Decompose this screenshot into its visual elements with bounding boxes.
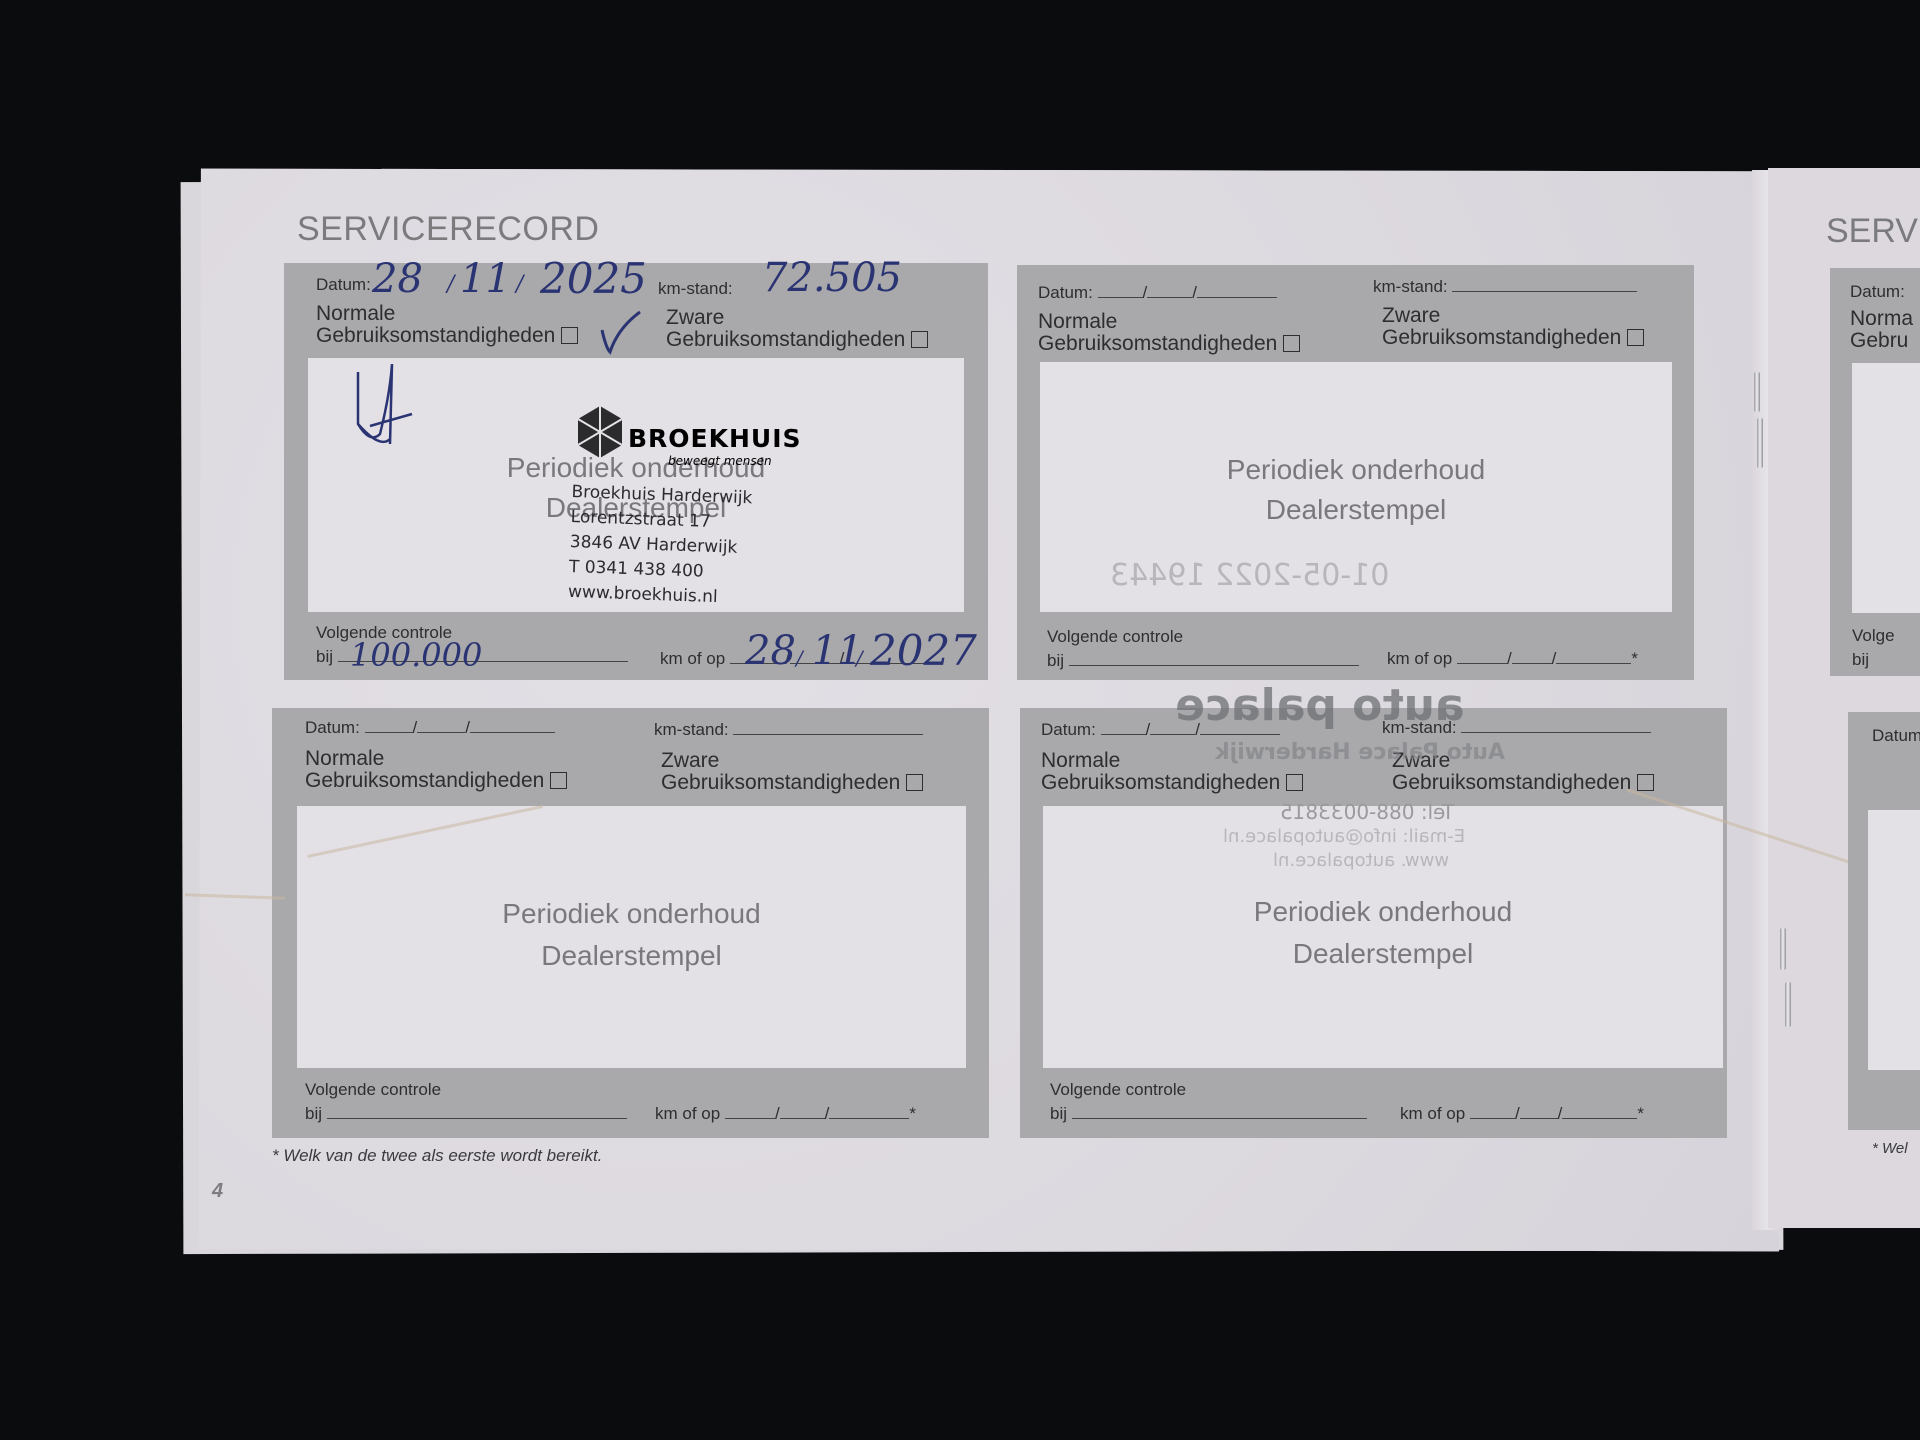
- bij-label: bij: [1047, 651, 1359, 671]
- broekhuis-brand: BROEKHUIS: [628, 424, 802, 453]
- normale-label: NormaGebru: [1850, 308, 1913, 352]
- volgende-label: Volgende controle: [1050, 1080, 1186, 1100]
- dealer-address: Broekhuis Harderwijk Lorentzstraat 17 38…: [568, 480, 753, 611]
- datum-label: Datum: //: [1038, 283, 1277, 303]
- bleed-through-stamp-line: Tel: 088-0033815: [1280, 800, 1454, 824]
- stamp-placeholder-2: Dealerstempel: [1040, 490, 1672, 530]
- handwritten-datum-day: 28: [372, 256, 423, 302]
- footnote-right-partial: * Wel: [1872, 1140, 1908, 1157]
- datum-label: Datum:: [316, 275, 371, 295]
- zware-label: ZwareGebruiksomstandigheden: [661, 750, 923, 794]
- normale-checkbox[interactable]: [561, 327, 578, 344]
- bij-label: bij: [305, 1104, 627, 1124]
- handwritten-check-icon: [596, 308, 646, 358]
- zware-checkbox[interactable]: [911, 331, 928, 348]
- normale-checkbox[interactable]: [1286, 774, 1303, 791]
- zware-checkbox[interactable]: [1627, 329, 1644, 346]
- normale-checkbox[interactable]: [550, 772, 567, 789]
- service-record-top-right: Datum: // km-stand: NormaleGebruiksomsta…: [1017, 265, 1694, 680]
- bleed-through-stamp-line: E-mail: info@autopalace.nl: [1223, 826, 1465, 847]
- slash: /: [856, 646, 863, 670]
- page-title: SERVICERECORD: [297, 210, 600, 249]
- normale-checkbox[interactable]: [1283, 335, 1300, 352]
- bleed-through-stamp-logo: auto palace: [1175, 680, 1464, 731]
- staple-top-2: [1757, 418, 1763, 468]
- service-record-bottom-left: Datum: // km-stand: NormaleGebruiksomsta…: [272, 708, 989, 1138]
- page-number: 4: [212, 1180, 223, 1203]
- normale-label: NormaleGebruiksomstandigheden: [316, 303, 578, 347]
- km-stand-label: km-stand:: [658, 279, 733, 299]
- signature-icon: [350, 364, 430, 454]
- bij-label: bij: [1050, 1104, 1367, 1124]
- volgende-label: Volge: [1852, 626, 1895, 646]
- slash: /: [516, 272, 523, 297]
- zware-checkbox[interactable]: [1637, 774, 1654, 791]
- handwritten-next-km: 100.000: [350, 636, 482, 674]
- bij-label: bij: [1852, 650, 1869, 670]
- bleed-through-stamp-line: Auto Palace Harderwijk: [1215, 740, 1505, 765]
- stamp-placeholder-2: Dealerstempel: [297, 936, 966, 976]
- stamp-placeholder-2: Dealerstempel: [1043, 934, 1723, 974]
- km-stand-label: km-stand:: [1373, 277, 1637, 297]
- datum-label: Datum:: [1850, 282, 1905, 302]
- service-record-right-page-top: Datum: NormaGebru Volge bij: [1830, 268, 1920, 676]
- footnote: * Welk van de twee als eerste wordt bere…: [272, 1146, 602, 1166]
- bleed-through-handwriting: 01-05-2022 19443: [1110, 558, 1389, 593]
- zware-label: ZwareGebruiksomstandigheden: [666, 307, 928, 351]
- km-of-op-label: km of op //*: [655, 1104, 916, 1124]
- normale-label: NormaleGebruiksomstandigheden: [1038, 311, 1300, 355]
- service-record-bottom-right: Datum: // km-stand: NormaleGebruiksomsta…: [1020, 708, 1727, 1138]
- stamp-placeholder-1: Periodiek onderhoud: [1043, 892, 1723, 932]
- handwritten-next-day: 28: [745, 628, 796, 674]
- bleed-through-stamp-line: www. autopalace.nl: [1273, 850, 1449, 871]
- staple-top: [1754, 372, 1760, 412]
- dealer-stamp-area: Periodiek onderhoud Dealerstempel 01-05-…: [1040, 362, 1672, 612]
- km-of-op-label: km of op //*: [1387, 649, 1638, 669]
- dealer-stamp-area: [1868, 810, 1920, 1070]
- normale-label: NormaleGebruiksomstandigheden: [305, 748, 567, 792]
- slash: /: [796, 646, 803, 670]
- km-stand-label: km-stand:: [654, 720, 923, 740]
- km-of-op-label: km of op //*: [1400, 1104, 1644, 1124]
- slash: /: [447, 272, 454, 297]
- stamp-placeholder-1: Periodiek onderhoud: [297, 894, 966, 934]
- broekhuis-logo-icon: [576, 406, 624, 458]
- volgende-label: Volgende controle: [1047, 627, 1183, 647]
- zware-checkbox[interactable]: [906, 774, 923, 791]
- handwritten-next-year: 2027: [870, 626, 977, 675]
- handwritten-datum-year: 2025: [540, 254, 647, 303]
- handwritten-km-stand: 72.505: [762, 255, 902, 301]
- broekhuis-tagline: beweegt mensen: [668, 454, 772, 468]
- zware-label: ZwareGebruiksomstandigheden: [1382, 305, 1644, 349]
- service-record-right-page-bottom: Datum:: [1848, 712, 1920, 1130]
- stamp-placeholder-1: Periodiek onderhoud: [1040, 450, 1672, 490]
- staple-bottom-2: [1785, 982, 1791, 1027]
- page-title-right-partial: SERV: [1826, 212, 1918, 251]
- datum-label: Datum: //: [305, 718, 555, 738]
- dealer-stamp-area: Periodiek onderhoud Dealerstempel E-mail…: [1043, 806, 1723, 1068]
- dealer-stamp-area: Periodiek onderhoud Dealerstempel: [297, 806, 966, 1068]
- volgende-label: Volgende controle: [305, 1080, 441, 1100]
- datum-label: Datum:: [1872, 726, 1920, 746]
- staple-bottom: [1780, 928, 1786, 970]
- dealer-stamp-area: [1852, 363, 1920, 613]
- handwritten-datum-month: 11: [460, 256, 511, 302]
